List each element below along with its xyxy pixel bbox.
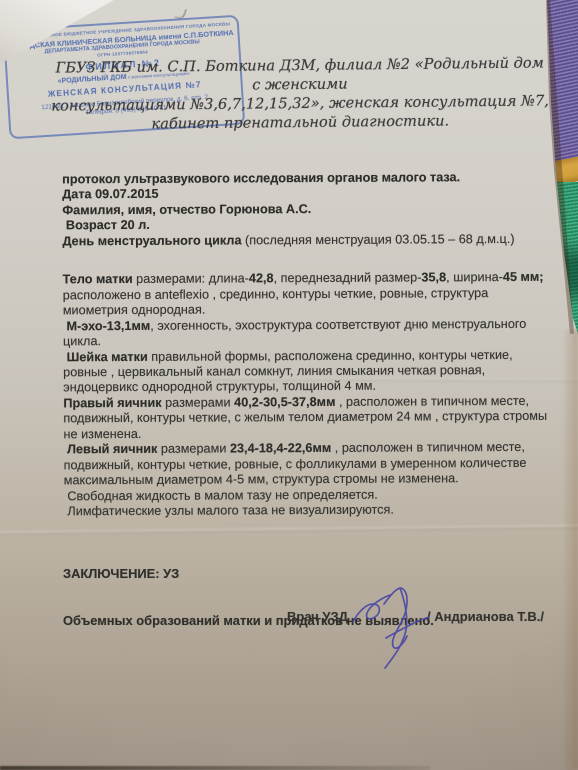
letterhead-title: ГБУЗ ГКБ им. С.П. Боткина ДЗМ, филиал №2… bbox=[50, 53, 551, 134]
report-line: День менструального цикла (последняя мен… bbox=[62, 231, 567, 249]
report-line: М-эхо-13,1мм, эхогенность, эхоструктура … bbox=[63, 316, 568, 334]
report-text: , переднезадний размер- bbox=[274, 271, 422, 286]
report-text-bold: 23,4-18,4-22,6мм bbox=[230, 441, 331, 456]
report-text: эндоцервикс однородной структуры, толщин… bbox=[63, 379, 376, 395]
report-text: миометрия однородная. bbox=[63, 303, 206, 318]
report-text: Лимфатические узлы малого таза не визуал… bbox=[64, 503, 394, 519]
report-text-bold: М-эхо-13,1мм bbox=[63, 318, 150, 332]
report-text: , эхогенность, эхоструктура соответствую… bbox=[150, 317, 526, 333]
report-line: Лимфатические узлы малого таза не визуал… bbox=[64, 502, 569, 520]
doctor-name: / Андрианова Т.В./ bbox=[427, 609, 544, 624]
document-photo: ГОСУДАРСТВЕННОЕ БЮДЖЕТНОЕ УЧРЕЖДЕНИЕ ЗДР… bbox=[0, 0, 578, 770]
report-text: максимальным диаметром 4-5 мм, структура… bbox=[64, 471, 459, 487]
report-text-bold: Дата 09.07.2015 bbox=[62, 187, 158, 202]
report-text-bold: День менструального цикла bbox=[62, 233, 245, 248]
report-text-bold: Возраст 20 л. bbox=[62, 218, 149, 232]
report-text: правильной формы, расположена срединно, … bbox=[148, 347, 513, 363]
report-text: (последняя менструация 03.05.15 – 68 д.м… bbox=[245, 232, 515, 247]
report-text-bold: 35,8 bbox=[421, 271, 446, 285]
report-text: расположено в anteflexio , срединно, кон… bbox=[63, 286, 489, 302]
report-text: цикла. bbox=[63, 334, 101, 348]
report-text-bold: протокол ультразвукового исследования ор… bbox=[62, 170, 460, 186]
report-text-bold: 45 мм; bbox=[503, 270, 544, 284]
photo-bottom-edge bbox=[0, 766, 430, 770]
report-text-bold: Левый яичник bbox=[64, 442, 158, 456]
report-text: подвижный, контуры четкие, ровные, с фол… bbox=[64, 456, 527, 472]
signature-stroke bbox=[353, 588, 429, 668]
report-text: подвижный, контуры четкие, с желым телом… bbox=[63, 409, 547, 426]
report-line: Тело матки размерами: длина-42,8, передн… bbox=[63, 270, 568, 288]
report-line: подвижный, контуры четкие, с желым телом… bbox=[63, 409, 568, 427]
report-text: размерами bbox=[162, 395, 235, 409]
doctor-role-label: Врач УЗД bbox=[287, 609, 348, 624]
report-line: подвижный, контуры четкие, ровные, с фол… bbox=[64, 455, 569, 473]
report-text: , расположен в типичном месте, bbox=[335, 394, 529, 409]
paper-crease bbox=[0, 525, 578, 536]
report-text: размерами: длина- bbox=[133, 272, 249, 287]
report-line: Шейка матки правильной формы, расположен… bbox=[63, 347, 568, 365]
report-text: размерами bbox=[157, 442, 230, 456]
report-text: Свободная жидкость в малом тазу не опред… bbox=[64, 487, 378, 503]
report-text-bold: Фамилия, имя, отчество Горюнова А.С. bbox=[62, 202, 311, 217]
report-text: , расположен в типичном месте, bbox=[331, 440, 525, 455]
paper-edge-shading bbox=[562, 330, 578, 770]
report-text-bold: Шейка матки bbox=[63, 349, 148, 363]
report-text-bold: 40,2-30,5-37,8мм bbox=[234, 395, 335, 410]
report-text: , ширина- bbox=[446, 270, 503, 284]
report-text-bold: Тело матки bbox=[63, 272, 133, 286]
report-text-bold: Правый яичник bbox=[63, 396, 161, 411]
doctor-signature bbox=[350, 580, 432, 672]
letterhead-line: ГБУЗ ГКБ им. С.П. Боткина ДЗМ, филиал №2… bbox=[50, 53, 550, 96]
report-body: протокол ультразвукового исследования ор… bbox=[62, 170, 569, 520]
report-text: не изменена. bbox=[63, 427, 141, 441]
report-text-bold: 42,8 bbox=[249, 271, 274, 285]
